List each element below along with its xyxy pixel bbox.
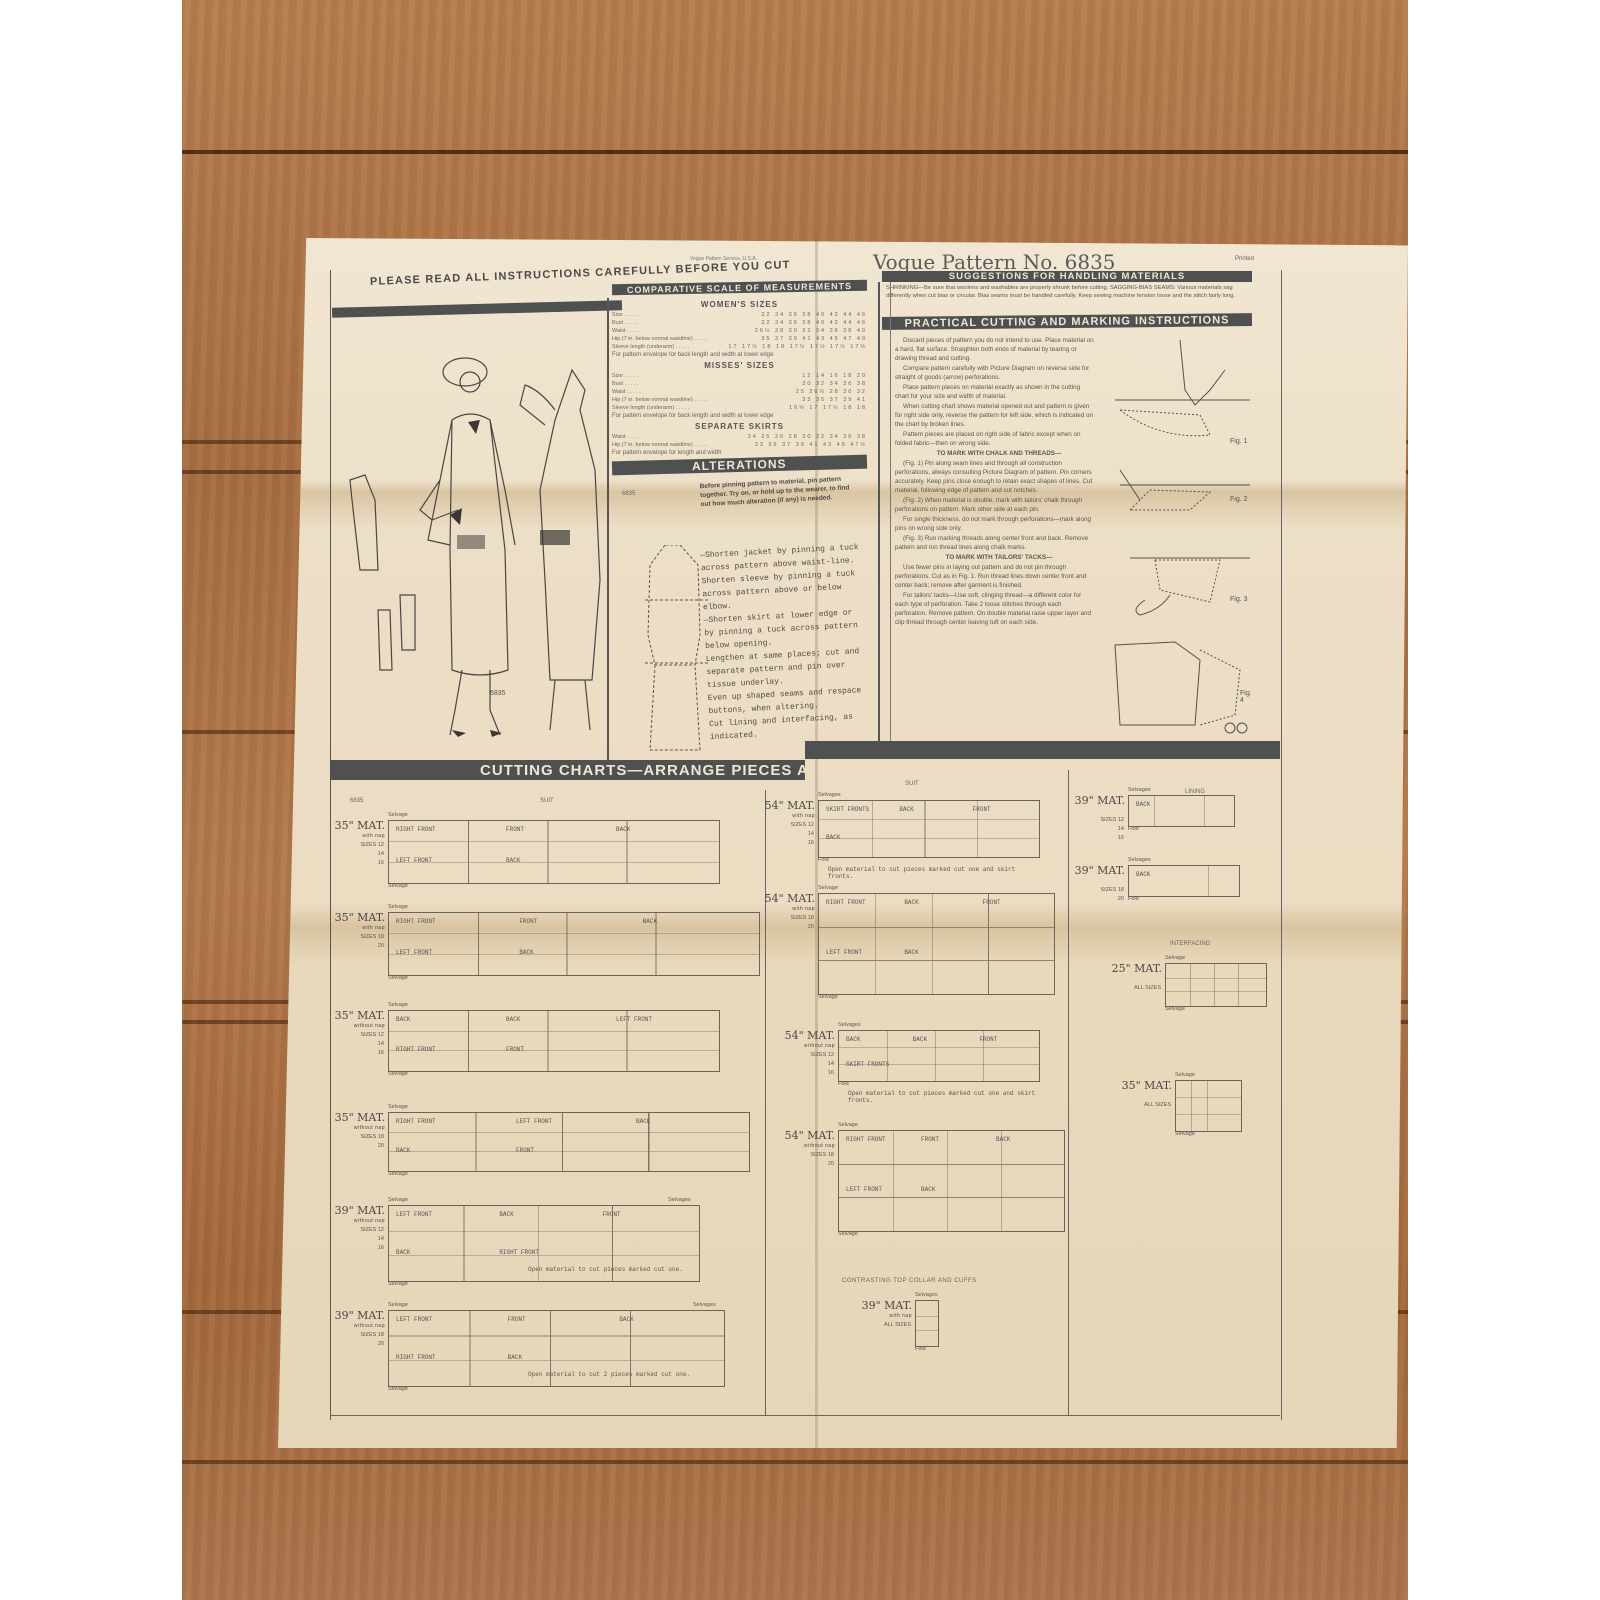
column-divider [890, 282, 891, 742]
pattern-piece-label: FRONT [973, 806, 991, 813]
measurement-label: Hip (7 in. below normal waistline) . . .… [612, 396, 708, 404]
instruction-paragraph: Use fewer pins in laying out pattern and… [895, 563, 1095, 590]
selvage-label: Selvage [388, 904, 408, 910]
cutting-instructions-text: Discard pieces of pattern you do not int… [895, 336, 1095, 628]
size-label: SIZES 18 [348, 934, 384, 940]
pattern-piece-label: FRONT [921, 1136, 939, 1143]
material-width-label: 35" MAT.without nap [333, 1010, 385, 1032]
measurement-row: Bust . . . . .32 34 36 38 40 42 44 46 [612, 319, 867, 327]
misses-size-rows: Size . . . . .12 14 16 18 20Bust . . . .… [612, 372, 867, 412]
edge-label: Selvage [1165, 1006, 1185, 1012]
edge-label: Fold [1128, 826, 1139, 832]
size-label: 14 [348, 1041, 384, 1047]
selvage-label: Selvage [838, 1122, 858, 1128]
material-width-label: 39" MAT.with nap [860, 1300, 912, 1322]
cutting-layout-diagram [388, 1112, 750, 1172]
instruction-paragraph: (Fig. 3) Run marking threads along cente… [895, 534, 1095, 552]
measurement-row: Bust . . . . .30 32 34 36 38 [612, 380, 867, 388]
edge-label: Selvage [838, 1231, 858, 1237]
selvage-label: Selvage [388, 1104, 408, 1110]
selvages-label: Selvages [693, 1302, 716, 1308]
material-width-label: 35" MAT.with nap [333, 912, 385, 934]
skirts-heading: SEPARATE SKIRTS [612, 422, 867, 431]
figure-illustrations: Fig. 1 Fig. 2 Fig. 3 Fig. 4 [1100, 330, 1250, 740]
nap-label: with nap [333, 831, 385, 842]
cutting-layout-diagram [838, 1030, 1040, 1082]
pattern-piece-label: RIGHT FRONT [396, 1118, 436, 1125]
measurement-row: Sleeve length (underarm) . . . . .16½ 17… [612, 404, 867, 412]
cutting-layout-diagram [1128, 865, 1240, 897]
suggestions-band: SUGGESTIONS FOR HANDLING MATERIALS [882, 271, 1252, 282]
size-label: 20 [348, 1143, 384, 1149]
selvage-label: Selvages [1128, 787, 1151, 793]
size-label: 20 [348, 1341, 384, 1347]
instruction-paragraph: Pattern pieces are placed on right side … [895, 430, 1095, 448]
pattern-piece-label: LEFT FRONT [396, 949, 432, 956]
edge-label: Selvage [1175, 1131, 1195, 1137]
material-width-label: 35" MAT.with nap [333, 820, 385, 842]
size-label: SIZES 12 [1088, 817, 1124, 823]
material-width-label: 25" MAT. [1110, 963, 1162, 974]
pattern-piece-label: BACK [904, 949, 918, 956]
pattern-piece-label: BACK [846, 1036, 860, 1043]
measurement-values: 25 26½ 28 30 32 [796, 388, 867, 396]
measurement-label: Sleeve length (underarm) . . . . . [612, 343, 689, 351]
size-label: 14 [798, 1061, 834, 1067]
edge-label: Fold [1128, 896, 1139, 902]
size-column-label: 6835 [350, 797, 363, 805]
pattern-piece-label: BACK [996, 1136, 1010, 1143]
pattern-piece-label: BACK [913, 1036, 927, 1043]
fashion-illustration: 6835 [340, 350, 605, 740]
publisher-note: Vogue Pattern Service, U.S.A. [690, 256, 810, 262]
edge-label: Fold [838, 1081, 849, 1087]
nap-label: with nap [333, 923, 385, 934]
material-width-label: 35" MAT.without nap [333, 1112, 385, 1134]
sheet-bottom-border [330, 1415, 1280, 1416]
pattern-piece-label: BACK [921, 1186, 935, 1193]
edge-label: Selvage [388, 1386, 408, 1392]
nap-label: without nap [783, 1041, 835, 1052]
chart-column-divider [765, 790, 766, 1415]
size-label: 20 [798, 1161, 834, 1167]
cutting-layout-diagram [388, 1010, 720, 1072]
fig-1-label: Fig. 1 [1230, 438, 1248, 445]
measurement-label: Hip (7 in. below normal waistline) . . .… [612, 441, 708, 449]
measurement-row: Size . . . . .12 14 16 18 20 [612, 372, 867, 380]
pattern-piece-label: BACK [616, 826, 630, 833]
measurement-values: 26½ 28 30 32 34 36 38 40 [755, 327, 867, 335]
instruction-paragraph: Place pattern pieces on material exactly… [895, 383, 1095, 401]
contrast-heading: CONTRASTING TOP COLLAR AND CUFFS [842, 1277, 977, 1285]
size-label: SIZES 12 [348, 1227, 384, 1233]
selvage-label: Selvages [838, 1022, 861, 1028]
material-width-label: 35" MAT. [1120, 1080, 1172, 1091]
size-label: 16 [348, 1050, 384, 1056]
size-label: SIZES 18 [778, 915, 814, 921]
pattern-piece-label: FRONT [983, 899, 1001, 906]
pattern-piece-label: RIGHT FRONT [826, 899, 866, 906]
size-label: 14 [1088, 826, 1124, 832]
material-width-label: 39" MAT.without nap [333, 1310, 385, 1332]
size-label: 16 [1088, 835, 1124, 841]
chart-note: Open material to cut pieces marked cut o… [848, 1090, 1048, 1104]
chart-note: Open material to cut 2 pieces marked cut… [528, 1371, 708, 1378]
nap-label: without nap [333, 1123, 385, 1134]
corner-mark: Printed [1235, 256, 1254, 262]
size-label: ALL SIZES [1125, 985, 1161, 991]
pattern-piece-label: LEFT FRONT [616, 1016, 652, 1023]
measurement-values: 33 35 37 39 41 43 45 47½ [755, 441, 867, 449]
size-label: SIZES 12 [798, 1052, 834, 1058]
cutting-layout-diagram [388, 820, 720, 884]
pattern-piece-label: BACK [499, 1211, 513, 1218]
cutting-charts-band-left: CUTTING CHARTS—ARRANGE PIECES AS SHOWN—A… [330, 760, 805, 780]
pattern-piece-label: RIGHT FRONT [846, 1136, 886, 1143]
nap-label: with nap [763, 904, 815, 915]
measurement-values: 16½ 17 17½ 18 18 [789, 404, 867, 412]
womens-size-rows: Size . . . . .32 34 36 38 40 42 44 46Bus… [612, 311, 867, 351]
material-width-label: 39" MAT. [1073, 795, 1125, 806]
misses-note: For pattern envelope for back length and… [612, 412, 867, 420]
size-label: SIZES 12 [348, 1032, 384, 1038]
size-label: 14 [348, 851, 384, 857]
material-width-label: 39" MAT. [1073, 865, 1125, 876]
pattern-piece-label: BACK [506, 857, 520, 864]
cutting-layout-diagram [915, 1300, 939, 1347]
measurement-label: Size . . . . . [612, 311, 638, 319]
suit-column-label: SUIT [540, 797, 554, 805]
pattern-piece-label: FRONT [519, 918, 537, 925]
size-label: ALL SIZES [1135, 1102, 1171, 1108]
instruction-paragraph: When cutting chart shows material opened… [895, 402, 1095, 429]
illustration-caption: 6835 [490, 690, 506, 697]
cutting-layout-diagram [818, 893, 1055, 995]
size-label: SIZES 12 [778, 822, 814, 828]
edge-label: Selvage [818, 994, 838, 1000]
measurement-row: Sleeve length (underarm) . . . . .17 17½… [612, 343, 867, 351]
measurement-label: Size . . . . . [612, 372, 638, 380]
pattern-piece-label: BACK [396, 1249, 410, 1256]
pattern-piece-label: BACK [396, 1016, 410, 1023]
material-width-label: 39" MAT.without nap [333, 1205, 385, 1227]
measurement-label: Waist . . . . . [612, 433, 641, 441]
nap-label: without nap [333, 1216, 385, 1227]
fig-4-label: Fig. 4 [1240, 690, 1252, 704]
measurement-row: Waist . . . . .24 25 26 28 30 32 34 36 3… [612, 433, 867, 441]
measurement-label: Bust . . . . . [612, 319, 638, 327]
pattern-piece-label: BACK [506, 1016, 520, 1023]
instruction-paragraph: (Fig. 1) Pin along seam lines and throug… [895, 459, 1095, 495]
measurement-values: 30 32 34 36 38 [802, 380, 867, 388]
selvage-label: Selvage [1175, 1072, 1195, 1078]
alterations-steps: —Shorten jacket by pinning a tuck across… [700, 541, 870, 744]
material-width-label: 54" MAT.with nap [763, 893, 815, 915]
instruction-paragraph: TO MARK WITH CHALK AND THREADS— [895, 449, 1095, 458]
pattern-piece-label: BACK [899, 806, 913, 813]
chart-note: Open material to cut pieces marked cut o… [528, 1266, 708, 1273]
edge-label: Selvage [388, 975, 408, 981]
instruction-paragraph: (Fig. 2) When material is double, mark w… [895, 496, 1095, 514]
nap-label: with nap [860, 1311, 912, 1322]
selvage-label: Selvages [1128, 857, 1151, 863]
pattern-piece-label: BACK [904, 899, 918, 906]
pattern-piece-label: LEFT FRONT [846, 1186, 882, 1193]
fig-2-label: Fig. 2 [1230, 496, 1248, 503]
skirts-size-rows: Waist . . . . .24 25 26 28 30 32 34 36 3… [612, 433, 867, 449]
pattern-piece-label: FRONT [506, 1046, 524, 1053]
edge-label: Selvage [388, 1281, 408, 1287]
measurement-label: Hip (7 in. below normal waistline) . . .… [612, 335, 708, 343]
fig-3-label: Fig. 3 [1230, 596, 1248, 603]
cutting-layout-diagram [1128, 795, 1235, 827]
selvage-label: Selvages [818, 792, 841, 798]
selvage-label: Selvage [388, 1197, 408, 1203]
size-label: ALL SIZES [875, 1322, 911, 1328]
measurement-label: Bust . . . . . [612, 380, 638, 388]
measurement-values: 17 17½ 18 18 17½ 17½ 17½ 17½ [728, 343, 867, 351]
size-label: 16 [348, 1245, 384, 1251]
pattern-piece-label: BACK [519, 949, 533, 956]
alteration-jacket-sketch [640, 545, 710, 760]
misses-sizes-heading: MISSES' SIZES [612, 361, 867, 370]
pattern-piece-label: RIGHT FRONT [396, 918, 436, 925]
measurement-label: Waist . . . . . [612, 388, 641, 396]
material-width-label: 54" MAT.without nap [783, 1130, 835, 1152]
size-label: 20 [778, 924, 814, 930]
pattern-piece-label: LEFT FRONT [396, 1316, 432, 1323]
selvage-label: Selvage [388, 1002, 408, 1008]
selvage-label: Selvage [1165, 955, 1185, 961]
measurement-label: Waist . . . . . [612, 327, 641, 335]
pattern-piece-label: BACK [643, 918, 657, 925]
instruction-paragraph: Discard pieces of pattern you do not int… [895, 336, 1095, 363]
pattern-piece-label: FRONT [979, 1036, 997, 1043]
pattern-piece-label: FRONT [506, 826, 524, 833]
measurement-row: Hip (7 in. below normal waistline) . . .… [612, 441, 867, 449]
column-divider [878, 282, 880, 742]
pattern-piece-label: FRONT [516, 1147, 534, 1154]
measurement-values: 32 34 36 38 40 42 44 46 [761, 311, 867, 319]
chart-note: Open material to cut pieces marked cut o… [828, 866, 1028, 880]
plank-seam [182, 1460, 1408, 1464]
measurement-row: Hip (7 in. below normal waistline) . . .… [612, 396, 867, 404]
measurement-row: Size . . . . .32 34 36 38 40 42 44 46 [612, 311, 867, 319]
selvages-label: Selvages [668, 1197, 691, 1203]
womens-note: For pattern envelope for back length and… [612, 351, 867, 359]
column-divider [607, 298, 609, 760]
size-label: SIZES 18 [348, 1134, 384, 1140]
nap-label: without nap [333, 1021, 385, 1032]
womens-sizes-heading: WOMEN'S SIZES [612, 300, 867, 309]
pattern-piece-label: BACK [636, 1118, 650, 1125]
edge-label: Selvage [388, 1171, 408, 1177]
measurement-row: Waist . . . . .26½ 28 30 32 34 36 38 40 [612, 327, 867, 335]
edge-label: Fold [915, 1346, 926, 1352]
pattern-piece-label: LEFT FRONT [396, 857, 432, 864]
instruction-paragraph: For single thickness, do not mark throug… [895, 515, 1095, 533]
pattern-piece-label: BACK [619, 1316, 633, 1323]
pattern-piece-label: BACK [1136, 871, 1150, 878]
pattern-piece-label: BACK [826, 834, 840, 841]
measurement-values: 35 37 39 41 43 45 47 49 [761, 335, 867, 343]
cutting-layout-diagram [1175, 1080, 1242, 1132]
measurement-values: 33 35 37 39 41 [802, 396, 867, 404]
pattern-piece-label: BACK [396, 1147, 410, 1154]
material-width-label: 54" MAT.without nap [783, 1030, 835, 1052]
size-label: 14 [778, 831, 814, 837]
pattern-piece-label: BACK [508, 1354, 522, 1361]
instruction-paragraph: For tailors' tacks—Use soft, clinging th… [895, 591, 1095, 627]
edge-label: Selvage [388, 1071, 408, 1077]
cutting-layout-diagram [1165, 963, 1267, 1007]
size-label: 16 [348, 860, 384, 866]
pattern-piece-label: LEFT FRONT [516, 1118, 552, 1125]
cutting-layout-diagram [838, 1130, 1065, 1232]
pattern-piece-label: SKIRT FRONTS [846, 1061, 889, 1068]
selvage-label: Selvage [818, 885, 838, 891]
cutting-layout-diagram [388, 912, 760, 976]
pattern-piece-label: SKIRT FRONTS [826, 806, 869, 813]
edge-label: Selvage [388, 883, 408, 889]
pattern-piece-label: FRONT [603, 1211, 621, 1218]
selvage-label: Selvage [388, 1302, 408, 1308]
pattern-piece-label: RIGHT FRONT [499, 1249, 539, 1256]
cutting-charts-title: CUTTING CHARTS—ARRANGE PIECES AS SHOWN—A… [480, 762, 805, 779]
selvage-label: Selvages [915, 1292, 938, 1298]
size-label: SIZES 12 [348, 842, 384, 848]
size-label: SIZES 18 [1088, 887, 1124, 893]
measurement-values: 12 14 16 18 20 [802, 372, 867, 380]
instruction-paragraph: Compare pattern carefully with Picture D… [895, 364, 1095, 382]
pattern-piece-label: RIGHT FRONT [396, 1046, 436, 1053]
measurement-values: 24 25 26 28 30 32 34 36 38 [748, 433, 867, 441]
measurement-row: Hip (7 in. below normal waistline) . . .… [612, 335, 867, 343]
pattern-piece-label: FRONT [508, 1316, 526, 1323]
interfacing-heading: INTERFACING [1170, 940, 1210, 948]
pattern-piece-label: RIGHT FRONT [396, 1354, 436, 1361]
material-width-label: 54" MAT.with nap [763, 800, 815, 822]
cutting-charts-band-right [805, 741, 1280, 759]
measurement-row: Waist . . . . .25 26½ 28 30 32 [612, 388, 867, 396]
alterations-number: 6835 [622, 490, 635, 498]
nap-label: without nap [783, 1141, 835, 1152]
pattern-piece-label: BACK [1136, 801, 1150, 808]
measurement-values: 32 34 36 38 40 42 44 46 [761, 319, 867, 327]
instruction-paragraph: TO MARK WITH TAILORS' TACKS— [895, 553, 1095, 562]
selvage-label: Selvage [388, 812, 408, 818]
edge-label: Fold [818, 857, 829, 863]
size-label: 14 [348, 1236, 384, 1242]
pattern-piece-label: RIGHT FRONT [396, 826, 436, 833]
size-label: 20 [348, 943, 384, 949]
size-label: 16 [778, 840, 814, 846]
nap-label: with nap [763, 811, 815, 822]
nap-label: without nap [333, 1321, 385, 1332]
suit-column-label-2: SUIT [905, 780, 919, 788]
size-label: SIZES 18 [348, 1332, 384, 1338]
size-label: 20 [1088, 896, 1124, 902]
size-label: 16 [798, 1070, 834, 1076]
pattern-piece-label: LEFT FRONT [826, 949, 862, 956]
pattern-piece-label: LEFT FRONT [396, 1211, 432, 1218]
suggestions-text: SHRINKING—Be sure that woolens and washa… [886, 284, 1252, 300]
size-label: SIZES 18 [798, 1152, 834, 1158]
plank-seam [182, 150, 1408, 154]
measurement-label: Sleeve length (underarm) . . . . . [612, 404, 689, 412]
measurements-table: WOMEN'S SIZES Size . . . . .32 34 36 38 … [612, 298, 867, 457]
chart-column-divider [1068, 770, 1069, 1415]
